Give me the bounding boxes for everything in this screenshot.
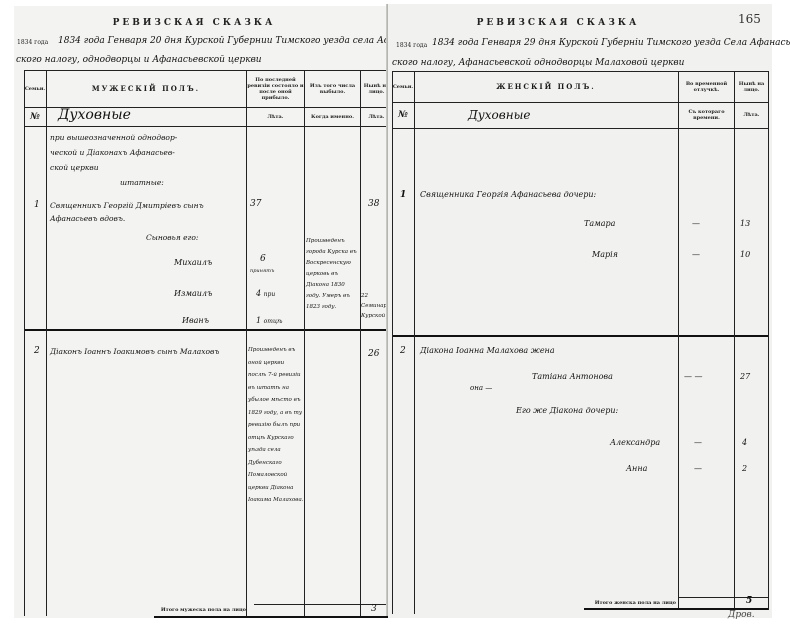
intro-text: при вышеозначенной однодвор- ческой и Ді… [50, 130, 177, 190]
header-year-label: 1834 года [396, 42, 427, 49]
entry-2-member-1-age: 27 [740, 372, 750, 381]
entry-1-member-2-absence: — [692, 250, 700, 259]
entry-1-number: 1 [400, 190, 406, 200]
entry-2-child-2-name: Анна [626, 464, 647, 473]
entry-2-sub-heading: Его же Діакона дочери: [516, 406, 618, 415]
page-number: 165 [738, 12, 761, 26]
entry-2-child-2-age: 2 [742, 464, 747, 473]
entry-2-departure-notes: Произведенъ въ оной церкви послѣ 7-й рев… [248, 344, 304, 507]
entry-1-member-2-name: Марія [592, 250, 618, 259]
entry-2-age-now: 26 [368, 349, 379, 359]
subheader-since-when: Съ котораго времени. [679, 102, 734, 128]
entry-2-member-1-note: она — [470, 384, 492, 392]
total-male-value: 3 [371, 604, 377, 614]
entry-1-member-2-age: 10 [740, 250, 750, 259]
footer-mark: Дров. [728, 610, 755, 620]
entry-2-heading: Діакона Іоанна Малахова жена [420, 346, 555, 355]
left-page: РЕВИЗСКАЯ СКАЗКА 1834 года 1834 года Ген… [14, 6, 394, 618]
entry-1-child-1-age: 6 [260, 254, 266, 264]
subheader-years: Лѣта. [735, 102, 768, 128]
entry-1-number: 1 [34, 200, 40, 210]
entry-2-name: Діаконъ Іоаннъ Іоакимовъ сынъ Малаховъ [50, 345, 246, 358]
entry-2-number: 2 [400, 346, 406, 356]
entry-2-member-1-absence: — — [684, 372, 703, 381]
form-title: РЕВИЗСКАЯ СКАЗКА [438, 18, 678, 28]
entry-1-member-1-name: Тамара [584, 219, 615, 228]
subheader-years: Лѣта. [247, 107, 304, 126]
form-title: РЕВИЗСКАЯ СКАЗКА [74, 18, 314, 28]
entry-2-child-1-age: 4 [742, 438, 747, 447]
entry-1-member-1-age: 13 [740, 219, 750, 228]
col-header-temp-absence: Во временной отлучкѣ. [679, 71, 734, 102]
total-male-label: Итого мужеска пола на лицо [154, 607, 246, 613]
total-female-label: Итого женска пола на лицо [584, 600, 676, 606]
col-header-family: Семьи. [392, 71, 414, 102]
entry-1-age-now: 38 [368, 199, 379, 209]
header-line1: 1834 года Генваря 29 дня Курской Губерні… [432, 38, 790, 48]
header-line2: ского налогу, однодворцы и Афанасьевской… [16, 55, 262, 65]
col-header-departed: Изъ того числа выбыло. [305, 70, 360, 107]
entry-2-member-1-name: Татіана Антонова [532, 372, 613, 381]
entry-1-child-3-age: 1 отцѣ [256, 316, 282, 325]
entry-2-child-2-absence: — [694, 464, 702, 473]
col-number-sign: № [24, 107, 46, 126]
col-number-sign: № [392, 102, 414, 128]
entry-1-heading: Священника Георгія Афанасьева дочери: [420, 190, 596, 199]
entry-1-age-last-revision: 37 [250, 199, 261, 209]
subheader-when: Когда именно. [305, 107, 360, 126]
entry-1-child-1-name: Михаилъ [174, 258, 212, 267]
entry-1-child-1-note: принятъ [250, 268, 274, 274]
category-clergy: Духовные [468, 108, 530, 122]
entry-1-child-2-name: Измаилъ [174, 289, 212, 298]
entry-1-child-3-name: Иванъ [182, 316, 209, 325]
entry-2-number: 2 [34, 346, 40, 356]
category-clergy: Духовные [58, 107, 131, 123]
entry-2-child-1-name: Александра [610, 438, 660, 447]
entry-2-child-1-absence: — [694, 438, 702, 447]
col-header-female-sex: ЖЕНСКІЙ ПОЛЪ. [414, 71, 678, 102]
right-page: РЕВИЗСКАЯ СКАЗКА 165 1834 года 1834 года… [388, 4, 772, 618]
entry-1-departure-notes: Произведенъ города Курска въ Воскресенск… [306, 236, 360, 313]
header-line2: ского налогу, Афанасьевской однодворцы М… [392, 58, 684, 68]
entry-1-member-1-absence: — [692, 219, 700, 228]
col-header-present: Нынѣ на лицо. [735, 71, 768, 102]
header-line1: 1834 года Генваря 20 дня Курской Губерни… [58, 36, 439, 46]
entry-1-children-label: Сыновья его: [146, 233, 198, 242]
col-header-last-revision: По последней ревизіи состояло и после он… [247, 70, 304, 107]
col-header-family: Семьи. [24, 70, 46, 107]
entry-1-child-2-age: 4 при [256, 289, 275, 298]
col-header-male-sex: МУЖЕСКІЙ ПОЛЪ. [46, 70, 246, 107]
entry-1-name: Священникъ Георгій Дмитріевъ сынъ Афанас… [50, 199, 246, 225]
total-female-value: 5 [746, 596, 752, 606]
header-year-label: 1834 года [17, 39, 48, 46]
